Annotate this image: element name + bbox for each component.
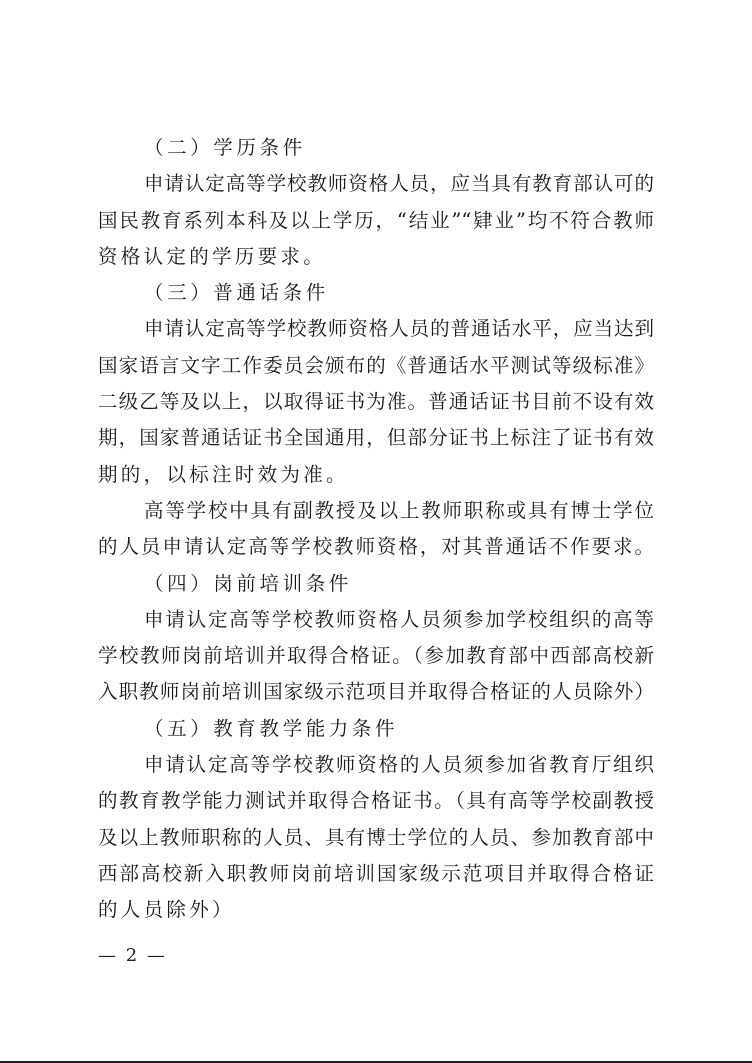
paragraph-line: 期的，以标注时效为准。 [98,457,654,493]
paragraph-line: 国民教育系列本科及以上学历，“结业”“肄业”均不符合教师 [98,203,654,239]
paragraph-line: 申请认定高等学校教师资格人员的普通话水平，应当达到 [98,311,654,347]
document-page: （二）学历条件 申请认定高等学校教师资格人员，应当具有教育部认可的 国民教育系列… [98,130,654,929]
paragraph-line: 期，国家普通话证书全国通用，但部分证书上标注了证书有效 [98,420,654,456]
paragraph-line: 学校教师岗前培训并取得合格证。（参加教育部中西部高校新 [98,638,654,674]
paragraph-line: 西部高校新入职教师岗前培训国家级示范项目并取得合格证 [98,856,654,892]
paragraph-line: 资格认定的学历要求。 [98,239,654,275]
section-heading-mandarin: （三）普通话条件 [98,275,654,311]
paragraph-line: 申请认定高等学校教师资格的人员须参加省教育厅组织 [98,747,654,783]
paragraph-line: 二级乙等及以上，以取得证书为准。普通话证书目前不设有效 [98,384,654,420]
paragraph-line: 的人员除外） [98,892,654,928]
paragraph-line: 申请认定高等学校教师资格人员须参加学校组织的高等 [98,602,654,638]
page-number: — 2 — [98,945,167,966]
paragraph-line: 及以上教师职称的人员、具有博士学位的人员、参加教育部中 [98,820,654,856]
paragraph-line: 国家语言文字工作委员会颁布的《普通话水平测试等级标准》 [98,348,654,384]
paragraph-line: 高等学校中具有副教授及以上教师职称或具有博士学位 [98,493,654,529]
section-heading-training: （四）岗前培训条件 [98,566,654,602]
paragraph-line: 入职教师岗前培训国家级示范项目并取得合格证的人员除外） [98,674,654,710]
section-heading-education: （二）学历条件 [98,130,654,166]
paragraph-line: 的教育教学能力测试并取得合格证书。（具有高等学校副教授 [98,783,654,819]
paragraph-line: 申请认定高等学校教师资格人员，应当具有教育部认可的 [98,166,654,202]
section-heading-teaching-ability: （五）教育教学能力条件 [98,711,654,747]
paragraph-line: 的人员申请认定高等学校教师资格，对其普通话不作要求。 [98,529,654,565]
